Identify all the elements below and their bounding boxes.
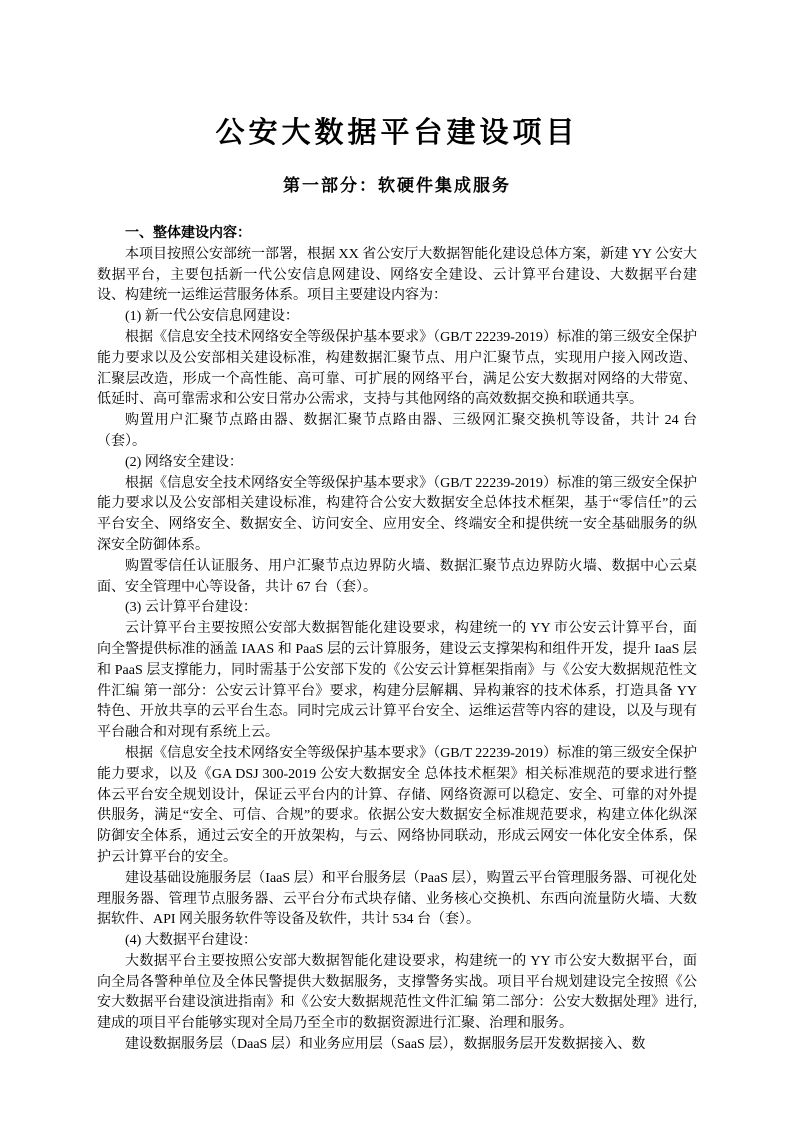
paragraph: 本项目按照公安部统一部署，根据 XX 省公安厅大数据智能化建设总体方案，新建 Y… [97, 245, 697, 307]
paragraph: 云计算平台主要按照公安部大数据智能化建设要求，构建统一的 YY 市公安云计算平台… [97, 619, 697, 744]
document-body: 一、整体建设内容：本项目按照公安部统一部署，根据 XX 省公安厅大数据智能化建设… [97, 224, 697, 1056]
paragraph: 建设基础设施服务层（IaaS 层）和平台服务层（PaaS 层），购置云平台管理服… [97, 869, 697, 931]
document-title: 公安大数据平台建设项目 [97, 114, 697, 152]
paragraph: 购置用户汇聚节点路由器、数据汇聚节点路由器、三级网汇聚交换机等设备，共计 24 … [97, 411, 697, 453]
document-page: 公安大数据平台建设项目 第一部分：软硬件集成服务 一、整体建设内容：本项目按照公… [0, 0, 793, 1122]
paragraph: 建设数据服务层（DaaS 层）和业务应用层（SaaS 层），数据服务层开发数据接… [97, 1035, 697, 1056]
section-heading: 一、整体建设内容： [97, 224, 697, 245]
paragraph: 购置零信任认证服务、用户汇聚节点边界防火墙、数据汇聚节点边界防火墙、数据中心云桌… [97, 557, 697, 599]
paragraph: 根据《信息安全技术网络安全等级保护基本要求》（GB/T 22239-2019）标… [97, 328, 697, 411]
paragraph: (1) 新一代公安信息网建设： [97, 307, 697, 328]
paragraph: (3) 云计算平台建设： [97, 598, 697, 619]
paragraph: 根据《信息安全技术网络安全等级保护基本要求》（GB/T 22239-2019）标… [97, 474, 697, 557]
document-subtitle: 第一部分：软硬件集成服务 [97, 174, 697, 198]
paragraph: (4) 大数据平台建设： [97, 931, 697, 952]
paragraph: (2) 网络安全建设： [97, 453, 697, 474]
paragraph: 大数据平台主要按照公安部大数据智能化建设要求，构建统一的 YY 市公安大数据平台… [97, 952, 697, 1035]
paragraph: 根据《信息安全技术网络安全等级保护基本要求》（GB/T 22239-2019）标… [97, 744, 697, 869]
